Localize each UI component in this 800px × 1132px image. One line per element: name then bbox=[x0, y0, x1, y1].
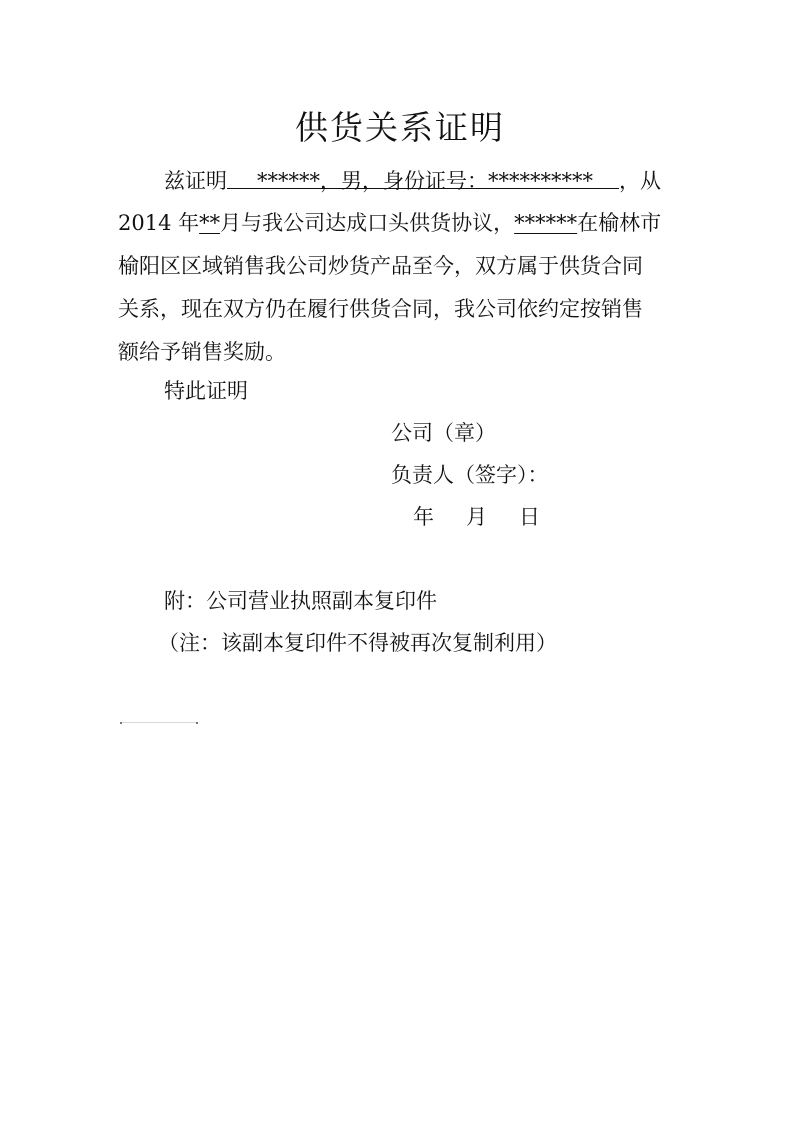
body-line-2: 2014 年**月与我公司达成口头供货协议，******在榆林市 bbox=[118, 208, 661, 238]
year-text: 2014 年 bbox=[118, 211, 199, 235]
body-line-3: 榆阳区区域销售我公司炒货产品至今，双方属于供货合同 bbox=[118, 251, 643, 281]
document-title: 供货关系证明 bbox=[0, 104, 800, 152]
agreement-text: 月与我公司达成口头供货协议， bbox=[220, 211, 514, 235]
seller-name-field: ****** bbox=[514, 211, 577, 235]
body-line-1: 兹证明******，男，身份证号：**********，从 bbox=[164, 166, 661, 196]
body-line-5: 额给予销售奖励。 bbox=[118, 337, 286, 367]
body-line-4: 关系，现在双方仍在履行供货合同，我公司依约定按销售 bbox=[118, 294, 643, 324]
name-field: ******，男，身份证号：********** bbox=[227, 166, 619, 189]
company-seal: 公司（章） bbox=[391, 418, 496, 448]
footnote-separator bbox=[120, 722, 198, 723]
month-field: ** bbox=[199, 211, 220, 235]
location-text: 在榆林市 bbox=[577, 211, 661, 235]
note-text: （注：该副本复印件不得被再次复制利用） bbox=[158, 628, 557, 658]
date-year: 年 bbox=[413, 505, 434, 529]
attachment-text: 附：公司营业执照副本复印件 bbox=[164, 586, 437, 616]
closing-text: 特此证明 bbox=[164, 376, 248, 406]
certify-prefix: 兹证明 bbox=[164, 169, 227, 193]
date-day: 日 bbox=[519, 505, 540, 529]
date-month: 月 bbox=[466, 505, 487, 529]
signature-date: 年月日 bbox=[413, 502, 540, 532]
person-signature: 负责人（签字）： bbox=[391, 460, 549, 490]
certify-suffix: ，从 bbox=[619, 169, 661, 193]
